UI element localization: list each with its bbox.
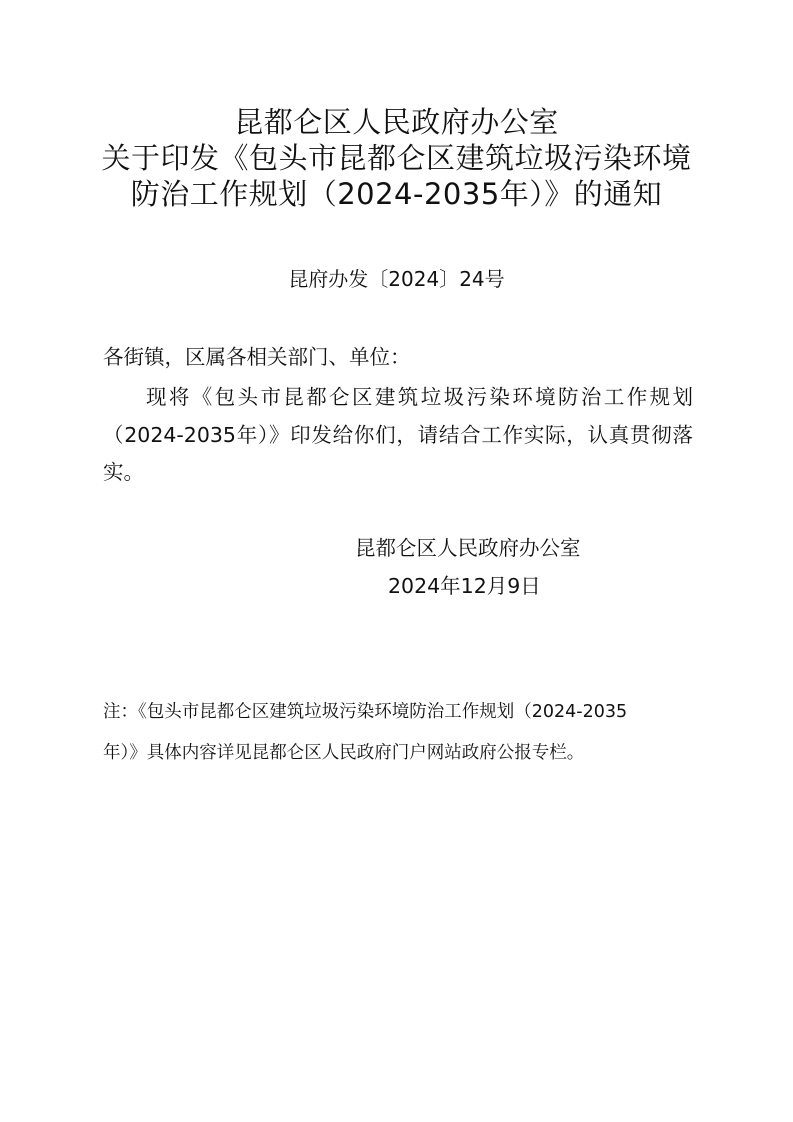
body-paragraph: 现将《包头市昆都仑区建筑垃圾污染环境防治工作规划（2024-2035年）》印发给… xyxy=(103,379,693,492)
signature-organization: 昆都仑区人民政府办公室 xyxy=(355,532,581,570)
note-block: 注：《包头市昆都仑区建筑垃圾污染环境防治工作规划（2024-2035 年）》具体… xyxy=(103,692,663,774)
signature-block: 昆都仑区人民政府办公室 2024年12月9日 xyxy=(355,532,581,602)
document-title: 昆都仑区人民政府办公室 关于印发《包头市昆都仑区建筑垃圾污染环境 防治工作规划（… xyxy=(60,104,733,212)
signature-date: 2024年12月9日 xyxy=(355,570,581,602)
title-line-subject: 关于印发《包头市昆都仑区建筑垃圾污染环境 xyxy=(60,140,733,176)
title-line-issuer: 昆都仑区人民政府办公室 xyxy=(60,104,733,140)
document-body: 各街镇，区属各相关部门、单位： 现将《包头市昆都仑区建筑垃圾污染环境防治工作规划… xyxy=(103,341,693,492)
salutation: 各街镇，区属各相关部门、单位： xyxy=(103,341,693,373)
document-number: 昆府办发〔2024〕24号 xyxy=(0,265,793,293)
title-line-subject-cont: 防治工作规划（2024-2035年）》的通知 xyxy=(60,176,733,212)
note-line: 注：《包头市昆都仑区建筑垃圾污染环境防治工作规划（2024-2035 xyxy=(103,692,663,733)
document-page: 昆都仑区人民政府办公室 关于印发《包头市昆都仑区建筑垃圾污染环境 防治工作规划（… xyxy=(0,0,793,1122)
note-line: 年）》具体内容详见昆都仑区人民政府门户网站政府公报专栏。 xyxy=(103,733,663,774)
